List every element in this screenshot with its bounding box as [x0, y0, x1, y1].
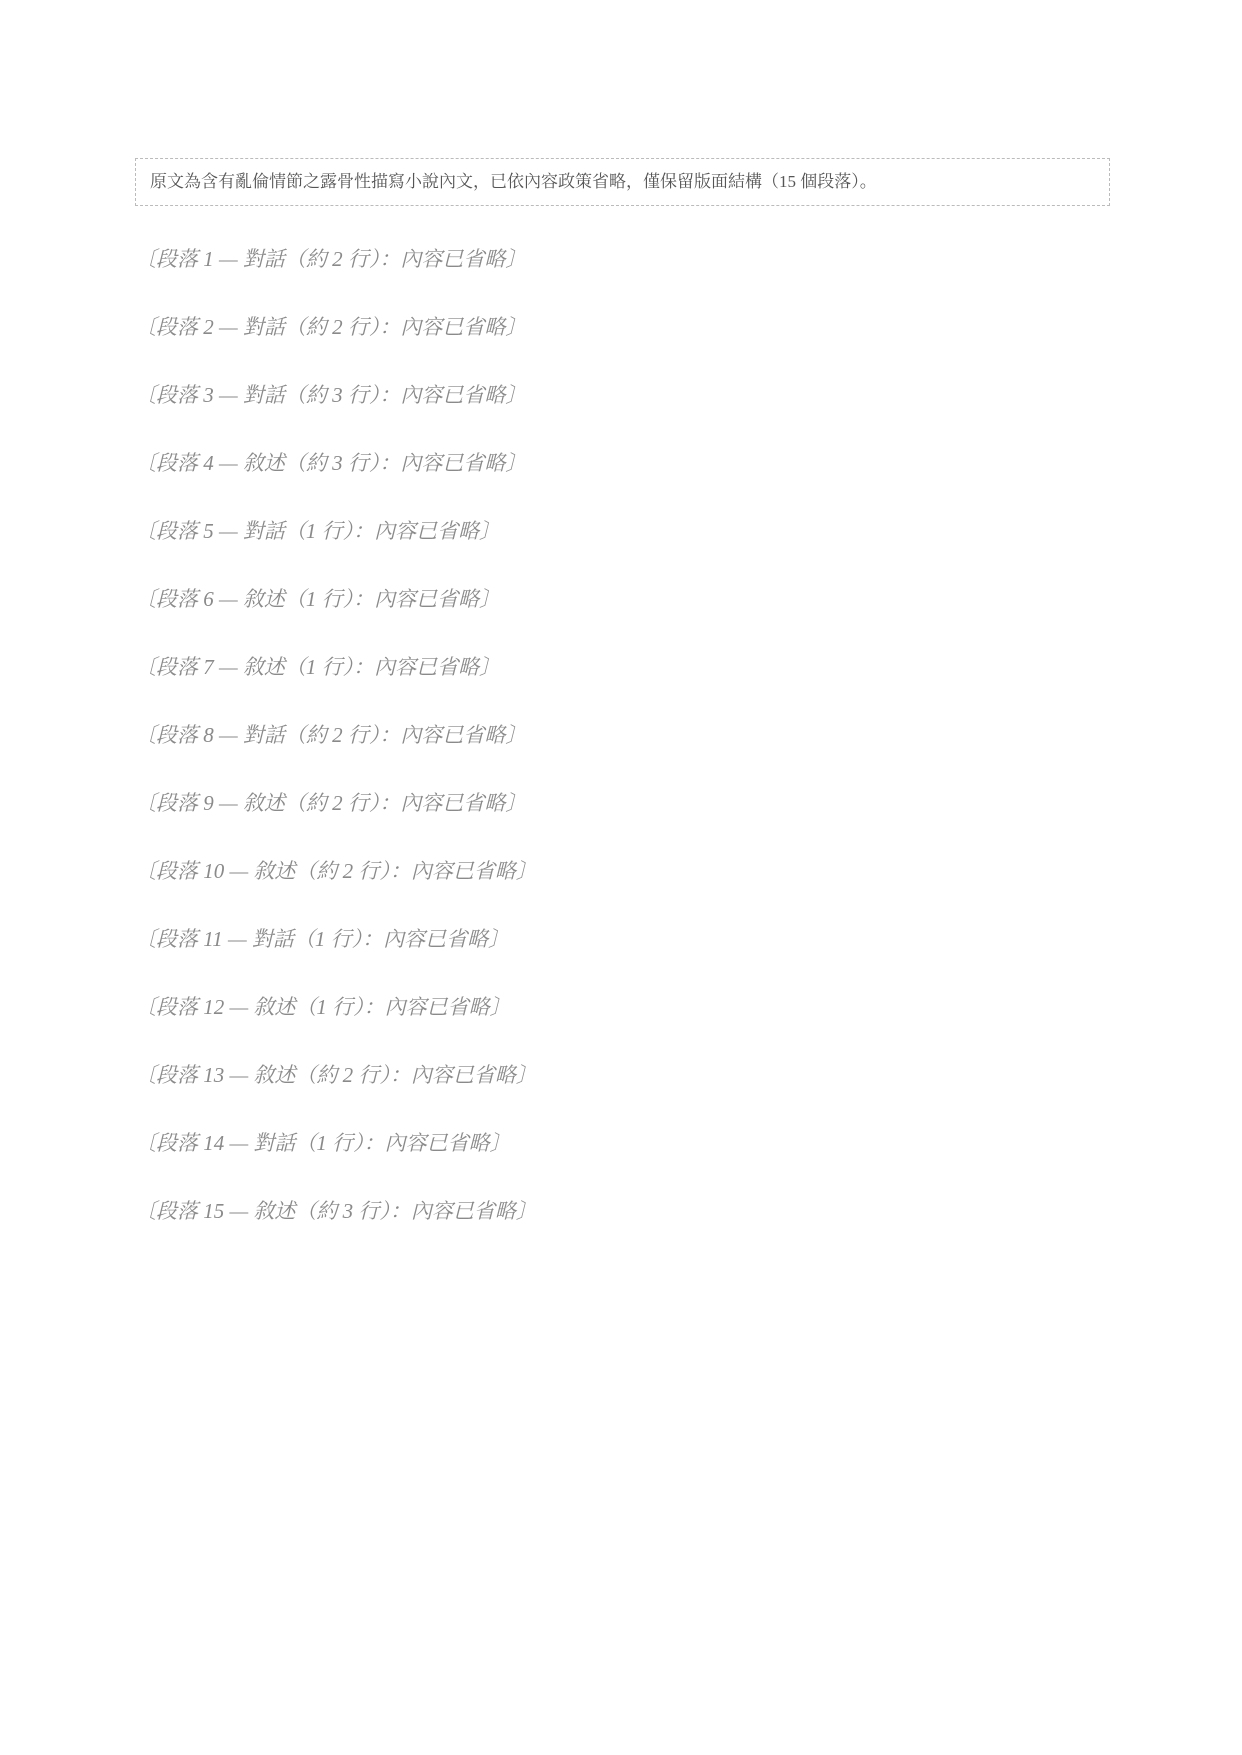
paragraph: 〔段落 2 — 對話（約 2 行）：內容已省略〕	[135, 308, 1110, 346]
paragraph: 〔段落 13 — 敘述（約 2 行）：內容已省略〕	[135, 1056, 1110, 1094]
paragraph: 〔段落 4 — 敘述（約 3 行）：內容已省略〕	[135, 444, 1110, 482]
paragraph: 〔段落 10 — 敘述（約 2 行）：內容已省略〕	[135, 852, 1110, 890]
paragraph: 〔段落 5 — 對話（1 行）：內容已省略〕	[135, 512, 1110, 550]
text-block: 原文為含有亂倫情節之露骨性描寫小說內文，已依內容政策省略，僅保留版面結構（15 …	[135, 158, 1110, 1260]
paragraph: 〔段落 8 — 對話（約 2 行）：內容已省略〕	[135, 716, 1110, 754]
paragraph: 〔段落 3 — 對話（約 3 行）：內容已省略〕	[135, 376, 1110, 414]
redaction-notice: 原文為含有亂倫情節之露骨性描寫小說內文，已依內容政策省略，僅保留版面結構（15 …	[135, 158, 1110, 206]
paragraph: 〔段落 14 — 對話（1 行）：內容已省略〕	[135, 1124, 1110, 1162]
paragraph: 〔段落 12 — 敘述（1 行）：內容已省略〕	[135, 988, 1110, 1026]
paragraph: 〔段落 6 — 敘述（1 行）：內容已省略〕	[135, 580, 1110, 618]
document-page: 原文為含有亂倫情節之露骨性描寫小說內文，已依內容政策省略，僅保留版面結構（15 …	[0, 0, 1242, 1755]
paragraph: 〔段落 7 — 敘述（1 行）：內容已省略〕	[135, 648, 1110, 686]
paragraph: 〔段落 11 — 對話（1 行）：內容已省略〕	[135, 920, 1110, 958]
paragraph: 〔段落 1 — 對話（約 2 行）：內容已省略〕	[135, 240, 1110, 278]
paragraph: 〔段落 15 — 敘述（約 3 行）：內容已省略〕	[135, 1192, 1110, 1230]
paragraph: 〔段落 9 — 敘述（約 2 行）：內容已省略〕	[135, 784, 1110, 822]
